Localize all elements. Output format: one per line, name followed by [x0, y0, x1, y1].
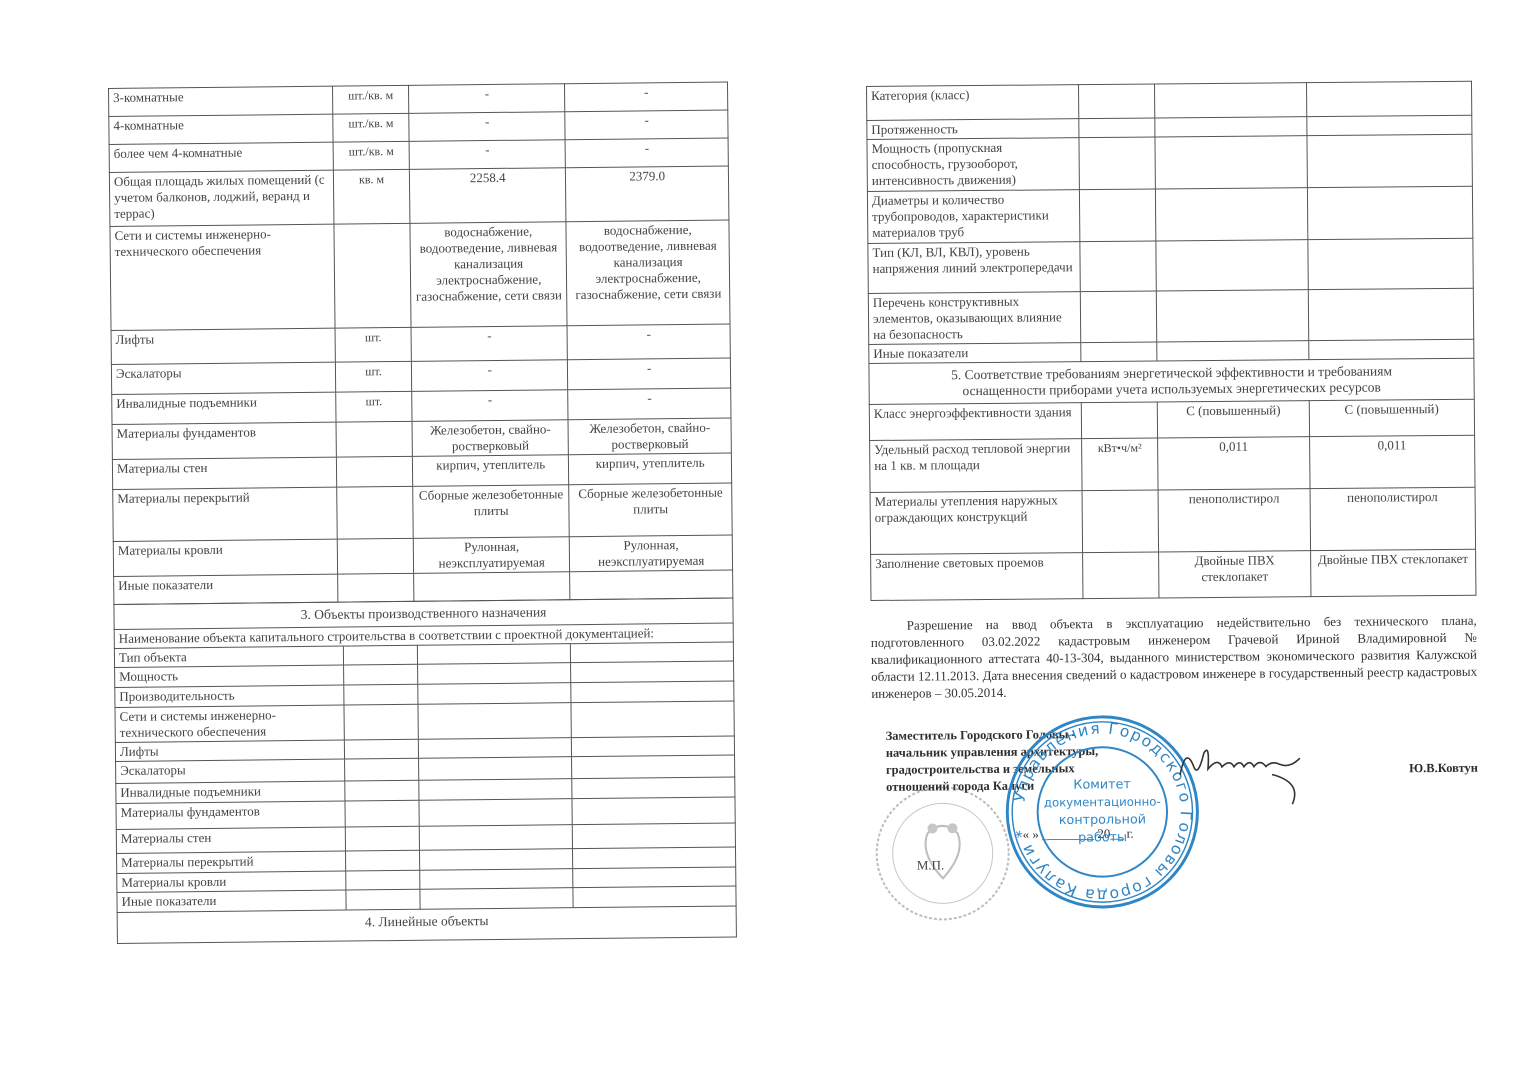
row-value-actual: - — [565, 82, 728, 112]
row-value-actual: Двойные ПВХ стеклопакет — [1310, 549, 1476, 596]
empty-cell — [345, 780, 419, 801]
row-unit: шт./кв. м — [333, 141, 409, 170]
section5-header-row: 5. Соответствие требованиям энергетическ… — [869, 358, 1474, 404]
row-value-project: Двойные ПВХ стеклопакет — [1159, 551, 1311, 598]
empty-cell — [419, 779, 572, 801]
signatory-name: Ю.В.Ковтун — [1409, 761, 1478, 777]
empty-cell — [346, 870, 420, 890]
empty-cell — [1307, 186, 1473, 239]
row-value-actual: Рулонная, неэксплуатируемая — [570, 535, 733, 572]
empty-cell — [1078, 84, 1155, 119]
row-unit — [1081, 402, 1158, 439]
row-unit — [336, 456, 412, 487]
empty-cell — [570, 661, 733, 683]
right-page: Категория (класс)ПротяженностьМощность (… — [866, 81, 1479, 928]
svg-text:документационно-: документационно- — [1044, 795, 1161, 810]
row-value-actual: С (повышенный) — [1309, 399, 1475, 436]
row-unit — [1082, 490, 1159, 553]
empty-cell — [1156, 188, 1308, 241]
row-label: Заполнение световых проемов — [871, 553, 1083, 601]
row-value-actual: кирпич, утеплитель — [569, 453, 732, 485]
empty-cell — [346, 850, 420, 871]
row-label: Материалы стен — [116, 827, 345, 853]
empty-cell — [1155, 136, 1307, 189]
residential-row: Материалы перекрытийСборные железобетонн… — [113, 483, 733, 541]
row-value-actual: - — [565, 138, 728, 168]
empty-cell — [420, 825, 573, 851]
row-value-actual: 2379.0 — [566, 166, 729, 222]
linear-row: Тип (КЛ, ВЛ, КВЛ), уровень напряжения ли… — [868, 238, 1473, 293]
svg-text:Комитет: Комитет — [1073, 777, 1131, 793]
section4-title: 4. Линейные объекты — [117, 906, 736, 943]
row-label: Материалы фундаментов — [112, 422, 336, 459]
row-label: Сети и системы инженерно-технического об… — [115, 705, 344, 742]
svg-text:контрольной: контрольной — [1059, 812, 1146, 828]
row-unit — [338, 573, 414, 602]
row-label: Сети и системы инженерно-технического об… — [110, 224, 335, 330]
empty-cell — [1306, 81, 1472, 116]
left-page: 3-комнатныешт./кв. м--4-комнатныешт./кв.… — [108, 82, 737, 944]
row-label: Лифты — [115, 740, 344, 761]
section4-header-row: 4. Линейные объекты — [117, 906, 736, 943]
handwritten-signature-icon — [1172, 734, 1333, 805]
linear-row: Перечень конструктивных элементов, оказы… — [868, 288, 1473, 344]
empty-cell — [1156, 240, 1308, 291]
energy-row: Заполнение световых проемовДвойные ПВХ с… — [871, 549, 1476, 600]
industrial-table: 3. Объекты производственного назначения … — [113, 597, 737, 943]
row-unit — [1082, 552, 1159, 599]
row-value-actual: - — [567, 324, 730, 360]
row-label: Материалы фундаментов — [116, 801, 345, 829]
empty-cell — [418, 683, 571, 705]
empty-cell — [571, 681, 734, 703]
empty-cell — [1157, 290, 1309, 342]
row-value-project: Рулонная, неэксплуатируемая — [413, 537, 570, 574]
row-value-project: - — [411, 326, 568, 362]
empty-cell — [418, 644, 571, 665]
empty-cell — [1155, 117, 1306, 137]
empty-cell — [571, 701, 734, 738]
linear-objects-table: Категория (класс)ПротяженностьМощность (… — [866, 81, 1476, 601]
row-unit: шт./кв. м — [333, 113, 409, 142]
row-label: более чем 4-комнатные — [109, 142, 333, 172]
empty-cell — [419, 757, 572, 781]
empty-cell — [344, 684, 418, 705]
empty-cell — [1306, 115, 1472, 135]
empty-cell — [571, 736, 734, 757]
row-label: Иные показатели — [117, 890, 346, 912]
row-value-project: - — [409, 140, 566, 170]
row-value-project: кирпич, утеплитель — [412, 455, 569, 487]
energy-row: Удельный расход тепловой энергии на 1 кв… — [870, 435, 1475, 492]
row-label: Протяженность — [867, 119, 1079, 140]
row-unit — [337, 486, 414, 539]
empty-cell — [1079, 118, 1156, 138]
residential-row: Сети и системы инженерно-технического об… — [110, 220, 730, 330]
row-value-project: - — [411, 360, 568, 392]
empty-cell — [345, 758, 419, 781]
empty-cell — [418, 703, 571, 740]
row-label: Эскалаторы — [111, 362, 335, 394]
row-label: 4-комнатные — [109, 114, 333, 144]
row-value-project: 0,011 — [1158, 437, 1310, 490]
row-label: Материалы перекрытий — [113, 487, 338, 541]
empty-cell — [572, 847, 735, 869]
row-value-actual: водоснабжение, водоотведение, ливневая к… — [566, 220, 730, 326]
empty-cell — [345, 826, 420, 851]
row-value-project: водоснабжение, водоотведение, ливневая к… — [410, 222, 567, 328]
empty-cell — [1079, 189, 1156, 242]
row-value-project — [414, 572, 571, 602]
row-unit: шт./кв. м — [333, 85, 409, 114]
row-label: Категория (класс) — [867, 85, 1079, 121]
row-label: Мощность — [115, 665, 344, 687]
empty-cell — [344, 704, 419, 740]
row-value-project: - — [409, 112, 566, 142]
row-value-project: пенополистирол — [1158, 489, 1310, 552]
empty-cell — [573, 886, 736, 908]
row-label: Мощность (пропускная способность, грузоо… — [867, 138, 1079, 192]
empty-cell — [420, 849, 573, 871]
linear-row: Диаметры и количество трубопроводов, хар… — [867, 186, 1472, 243]
row-label: Материалы перекрытий — [117, 851, 346, 873]
empty-cell — [419, 799, 572, 827]
seal-label: М.П. — [917, 857, 945, 873]
empty-cell — [345, 800, 420, 827]
empty-cell — [1080, 291, 1157, 343]
row-unit: шт. — [335, 327, 411, 362]
row-label: Производительность — [115, 685, 344, 707]
energy-row: Материалы утепления наружных ограждающих… — [870, 487, 1476, 554]
row-value-project: С (повышенный) — [1158, 401, 1310, 438]
empty-cell — [343, 645, 417, 665]
row-label: Тип (КЛ, ВЛ, КВЛ), уровень напряжения ли… — [868, 242, 1080, 294]
empty-cell — [420, 888, 573, 910]
row-label: Лифты — [111, 328, 335, 364]
row-label: Эскалаторы — [116, 759, 345, 783]
empty-cell — [1308, 288, 1474, 340]
empty-cell — [572, 797, 735, 825]
row-label: Материалы стен — [112, 457, 336, 489]
row-value-actual: - — [568, 388, 731, 420]
row-label: Иные показатели — [114, 574, 338, 604]
empty-cell — [1155, 83, 1307, 118]
residential-row: Общая площадь жилых помещений (с учетом … — [109, 166, 729, 226]
linear-row: Категория (класс) — [867, 81, 1472, 120]
row-value-project: Железобетон, свайно-ростверковый — [412, 420, 569, 457]
row-unit — [337, 538, 413, 574]
row-value-actual: 0,011 — [1309, 435, 1475, 488]
section5-title: 5. Соответствие требованиям энергетическ… — [869, 358, 1474, 404]
row-label: Иные показатели — [869, 343, 1081, 364]
energy-row: Класс энергоэффективности зданияС (повыш… — [869, 399, 1474, 440]
row-unit: кв. м — [333, 169, 410, 224]
row-label: Класс энергоэффективности здания — [869, 403, 1081, 441]
empty-cell — [344, 664, 418, 685]
empty-cell — [573, 867, 736, 888]
row-value-project: Сборные железобетонные плиты — [413, 485, 570, 539]
empty-cell — [346, 889, 420, 910]
row-label: Перечень конструктивных элементов, оказы… — [868, 292, 1080, 345]
row-value-actual — [570, 570, 733, 600]
official-seal-icon — [872, 783, 1013, 924]
row-label: Материалы кровли — [117, 871, 346, 892]
svg-text:работы: работы — [1078, 830, 1127, 845]
row-unit: кВт•ч/м² — [1081, 438, 1158, 491]
row-label: Общая площадь жилых помещений (с учетом … — [109, 170, 334, 226]
empty-cell — [1307, 238, 1473, 289]
row-value-project: 2258.4 — [409, 168, 566, 224]
empty-cell — [572, 777, 735, 799]
row-value-project: - — [409, 84, 566, 114]
empty-cell — [1157, 341, 1308, 361]
row-unit: шт. — [336, 391, 412, 422]
row-label: Тип объекта — [114, 646, 343, 667]
row-label: 3-комнатные — [109, 86, 333, 116]
row-label: Инвалидные подъемники — [112, 392, 336, 424]
row-value-actual: Сборные железобетонные плиты — [569, 483, 732, 537]
empty-cell — [418, 663, 571, 685]
technical-plan-note: Разрешение на ввод объекта в эксплуатаци… — [871, 612, 1478, 702]
row-label: Удельный расход тепловой энергии на 1 кв… — [870, 439, 1082, 493]
row-unit — [336, 421, 412, 457]
row-unit — [334, 223, 411, 328]
row-label: Диаметры и количество трубопроводов, хар… — [867, 190, 1079, 244]
linear-row: Мощность (пропускная способность, грузоо… — [867, 134, 1472, 191]
row-unit: шт. — [335, 361, 411, 392]
empty-cell — [1080, 342, 1157, 362]
row-label: Материалы утепления наружных ограждающих… — [870, 491, 1082, 555]
empty-cell — [419, 738, 572, 759]
empty-cell — [571, 755, 734, 779]
row-value-project: - — [412, 390, 569, 422]
signature-block: Заместитель Городского Головы - начальни… — [872, 723, 1480, 928]
row-label: Материалы кровли — [113, 539, 337, 576]
empty-cell — [420, 869, 573, 890]
empty-cell — [1079, 137, 1156, 190]
row-value-actual: - — [565, 110, 728, 140]
empty-cell — [344, 739, 418, 759]
row-value-actual: - — [568, 358, 731, 390]
empty-cell — [1307, 134, 1473, 187]
row-value-actual: пенополистирол — [1310, 487, 1476, 550]
empty-cell — [570, 642, 733, 663]
residential-table: 3-комнатныешт./кв. м--4-комнатныешт./кв.… — [108, 82, 733, 605]
row-label: Инвалидные подъемники — [116, 781, 345, 803]
row-value-actual: Железобетон, свайно-ростверковый — [568, 418, 731, 455]
empty-cell — [572, 823, 735, 849]
empty-cell — [1080, 241, 1157, 292]
empty-cell — [1308, 339, 1474, 359]
